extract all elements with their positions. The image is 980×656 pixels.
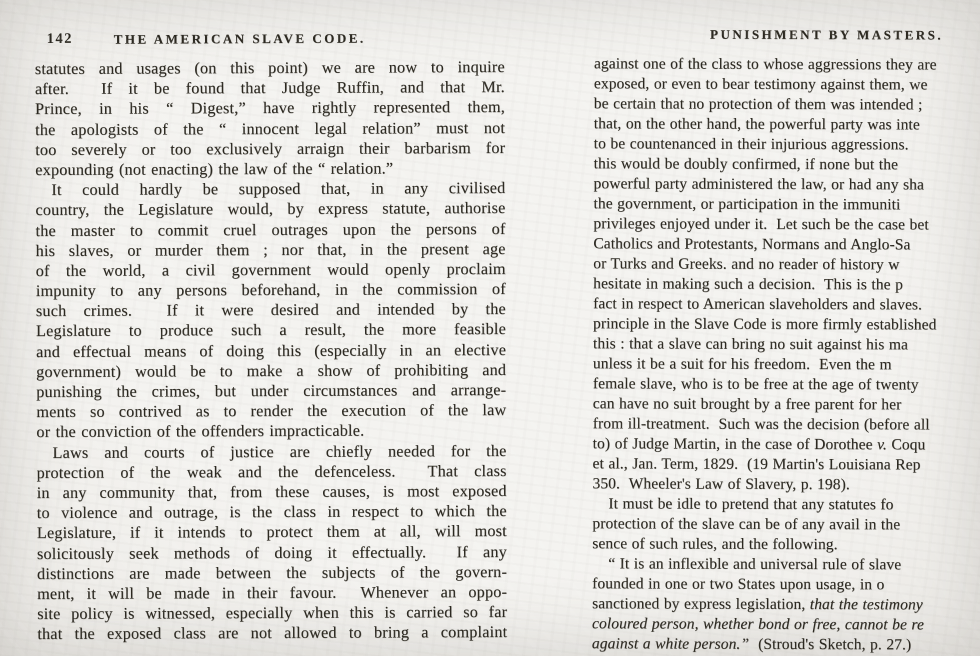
text-line: that, on the other hand, the powerful pa…	[594, 114, 980, 135]
text-line: against one of the class to whose aggres…	[594, 54, 980, 75]
text-line: sence of such rules, and the following.	[592, 534, 980, 555]
text-line: distinctions are made between the subjec…	[37, 562, 507, 584]
text-line: to) of Judge Martin, in the case of Doro…	[593, 434, 980, 455]
running-head-right: PUNISHMENT BY MASTERS.	[710, 27, 980, 46]
text-line: “ It is an inflexible and universal rule…	[592, 554, 980, 575]
text-line: impunity to any persons beforehand, in t…	[36, 279, 506, 301]
text-line: principle in the Slave Code is more firm…	[593, 314, 980, 335]
text-line: fact in respect to American slaveholders…	[593, 294, 980, 315]
text-line: female slave, who is to be free at the a…	[593, 374, 980, 395]
text-line: Legislature to produce such a result, th…	[36, 319, 506, 341]
text-line: statutes and usages (on this point) we a…	[35, 57, 505, 79]
text-line: the apologists of the “ innocent legal r…	[35, 118, 505, 140]
text-line: founded in one or two States upon usage,…	[592, 574, 980, 595]
text-line: It must be idle to pretend that any stat…	[592, 494, 980, 515]
text-line: in any community that, from these causes…	[37, 481, 507, 503]
text-line: can have no suit brought by a free paren…	[593, 394, 980, 415]
text-line: Laws and courts of justice are chiefly n…	[36, 441, 506, 463]
text-line: against a white person.” (Stroud's Sketc…	[592, 634, 980, 655]
text-line: protection of the slave can be of any av…	[592, 514, 980, 535]
text-line: unless it be a suit for his freedom. Eve…	[593, 354, 980, 375]
text-line: privileges enjoyed under it. Let such be…	[593, 214, 980, 235]
text-line: exposed, or even to bear testimony again…	[594, 74, 980, 95]
left-page: 142 THE AMERICAN SLAVE CODE. statutes an…	[35, 29, 508, 644]
left-page-header: 142 THE AMERICAN SLAVE CODE.	[35, 29, 505, 49]
text-line: or Turks and Greeks. and no reader of hi…	[593, 254, 980, 275]
left-page-body: statutes and usages (on this point) we a…	[35, 57, 508, 644]
text-line: Legislature, if it intends to protect th…	[37, 521, 507, 543]
text-line: 350. Wheeler's Law of Slavery, p. 198).	[592, 474, 980, 495]
text-line: of the world, a civil government would o…	[36, 259, 506, 281]
text-line: that the exposed class are not allowed t…	[37, 622, 507, 644]
right-page: PUNISHMENT BY MASTERS. against one of th…	[592, 26, 980, 655]
text-line: Prince, in his “ Digest,” have rightly r…	[35, 97, 505, 119]
text-line: be certain that no protection of them wa…	[594, 94, 980, 115]
scanned-book-spread: 142 THE AMERICAN SLAVE CODE. statutes an…	[0, 0, 980, 656]
text-line: this would be doubly confirmed, if none …	[594, 154, 980, 175]
text-line: solicitously seek methods of doing it ef…	[37, 541, 507, 563]
text-line: and effectual means of doing this (espec…	[36, 340, 506, 362]
text-line: Catholics and Protestants, Normans and A…	[593, 234, 980, 255]
text-line: too severely or too exclusively arraign …	[35, 138, 505, 160]
text-line: et al., Jan. Term, 1829. (19 Martin's Lo…	[593, 454, 980, 475]
text-line: It could hardly be supposed that, in any…	[35, 178, 505, 200]
text-line: from ill-treatment. Such was the decisio…	[593, 414, 980, 435]
text-line: ment, it will be made in their favour. W…	[37, 582, 507, 604]
text-line: protection of the weak and the defencele…	[37, 461, 507, 483]
text-line: his slaves, or murder them ; nor that, i…	[36, 239, 506, 261]
text-line: country, the Legislature would, by expre…	[35, 198, 505, 220]
text-line: to violence and outrage, is the class in…	[37, 501, 507, 523]
text-line: expounding (not enacting) the law of the…	[35, 158, 505, 180]
text-line: ments so contrived as to render the exec…	[36, 400, 506, 422]
text-line: the government, or participation in the …	[593, 194, 980, 215]
running-head-left: THE AMERICAN SLAVE CODE.	[35, 30, 445, 48]
text-line: the master to commit cruel outrages upon…	[35, 218, 505, 240]
text-line: this : that a slave can bring no suit ag…	[593, 334, 980, 355]
right-page-body: against one of the class to whose aggres…	[592, 54, 980, 655]
text-line: sanctioned by express legislation, that …	[592, 594, 980, 615]
text-line: coloured person, whether bond or free, c…	[592, 614, 980, 635]
text-line: site policy is witnessed, especially whe…	[37, 602, 507, 624]
text-line: powerful party administered the law, or …	[594, 174, 980, 195]
text-line: hesitate in making such a decision. This…	[593, 274, 980, 295]
text-line: after. If it be found that Judge Ruffin,…	[35, 77, 505, 99]
text-line: government) would be to make a show of p…	[36, 360, 506, 382]
text-line: to be countenanced in their injurious ag…	[594, 134, 980, 155]
text-line: or the conviction of the offenders impra…	[36, 420, 506, 442]
text-line: such crimes. If it were desired and inte…	[36, 299, 506, 321]
text-line: punishing the crimes, but under circumst…	[36, 380, 506, 402]
